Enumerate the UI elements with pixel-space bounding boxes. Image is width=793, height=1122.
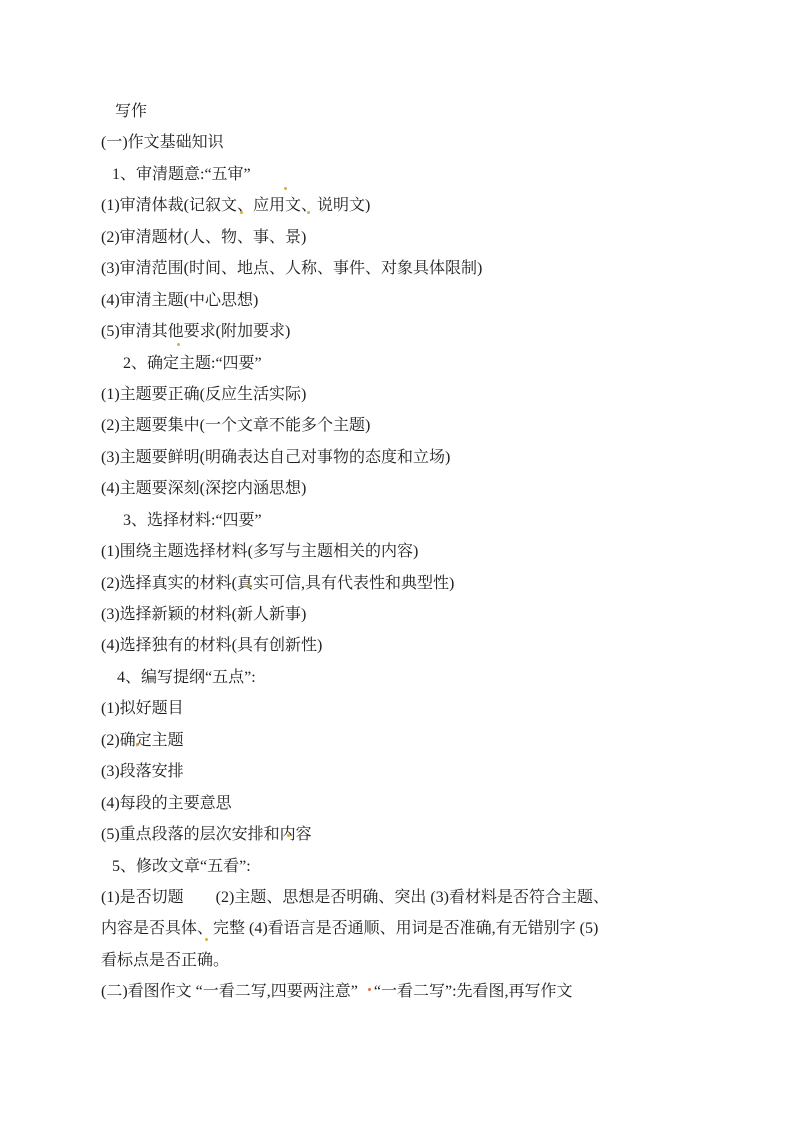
list-item: (4)选择独有的材料(具有创新性) [101,630,741,661]
proofing-mark [307,211,310,214]
proofing-mark [287,834,290,837]
list-item: (3)段落安排 [101,756,741,787]
list-item: (2)选择真实的材料(真实可信,具有代表性和典型性) [101,568,741,599]
list-item: (4)审清主题(中心思想) [101,285,741,316]
document-page: 写作 (一)作文基础知识 1、审清题意:“五审” (1)审清体裁(记叙文、应用文… [0,0,793,1122]
doc-title: 写作 [115,96,741,127]
text-block: 写作 (一)作文基础知识 1、审清题意:“五审” (1)审清体裁(记叙文、应用文… [101,96,741,1008]
list-item: (1)主题要正确(反应生活实际) [101,379,741,410]
item-3-heading: 3、选择材料:“四要” [123,505,741,536]
list-item: (5)重点段落的层次安排和内容 [101,819,741,850]
proofing-mark [177,343,180,346]
list-item: (2)确定主题 [101,725,741,756]
proofing-mark [205,938,208,941]
list-item: (2)审清题材(人、物、事、景) [101,222,741,253]
item-5-heading: 5、修改文章“五看”: [112,851,741,882]
proofing-mark [247,584,250,587]
list-item: (1)拟好题目 [101,693,741,724]
list-item: (2)主题要集中(一个文章不能多个主题) [101,410,741,441]
proofing-mark [240,211,243,214]
paragraph-line: 看标点是否正确。 [101,945,741,976]
list-item: (5)审清其他要求(附加要求) [101,316,741,347]
proofing-mark [136,743,139,746]
paragraph-line: (1)是否切题 (2)主题、思想是否明确、突出 (3)看材料是否符合主题、 [101,882,741,913]
list-item: (3)审清范围(时间、地点、人称、事件、对象具体限制) [101,253,741,284]
item-2-heading: 2、确定主题:“四要” [123,348,741,379]
section-1-heading: (一)作文基础知识 [101,127,741,158]
list-item: (1)审清体裁(记叙文、应用文、说明文) [101,190,741,221]
proofing-mark [368,988,371,991]
list-item: (4)主题要深刻(深挖内涵思想) [101,473,741,504]
section-2-heading: (二)看图作文 “一看二写,四要两注意” “一看二写”:先看图,再写作文 [101,976,741,1007]
list-item: (4)每段的主要意思 [101,788,741,819]
paragraph-line: 内容是否具体、完整 (4)看语言是否通顺、用词是否准确,有无错别字 (5) [101,913,741,944]
item-1-heading: 1、审清题意:“五审” [112,159,741,190]
list-item: (3)选择新颖的材料(新人新事) [101,599,741,630]
proofing-mark [284,187,287,190]
list-item: (1)围绕主题选择材料(多写与主题相关的内容) [101,536,741,567]
list-item: (3)主题要鲜明(明确表达自己对事物的态度和立场) [101,442,741,473]
item-4-heading: 4、编写提纲“五点”: [117,662,741,693]
